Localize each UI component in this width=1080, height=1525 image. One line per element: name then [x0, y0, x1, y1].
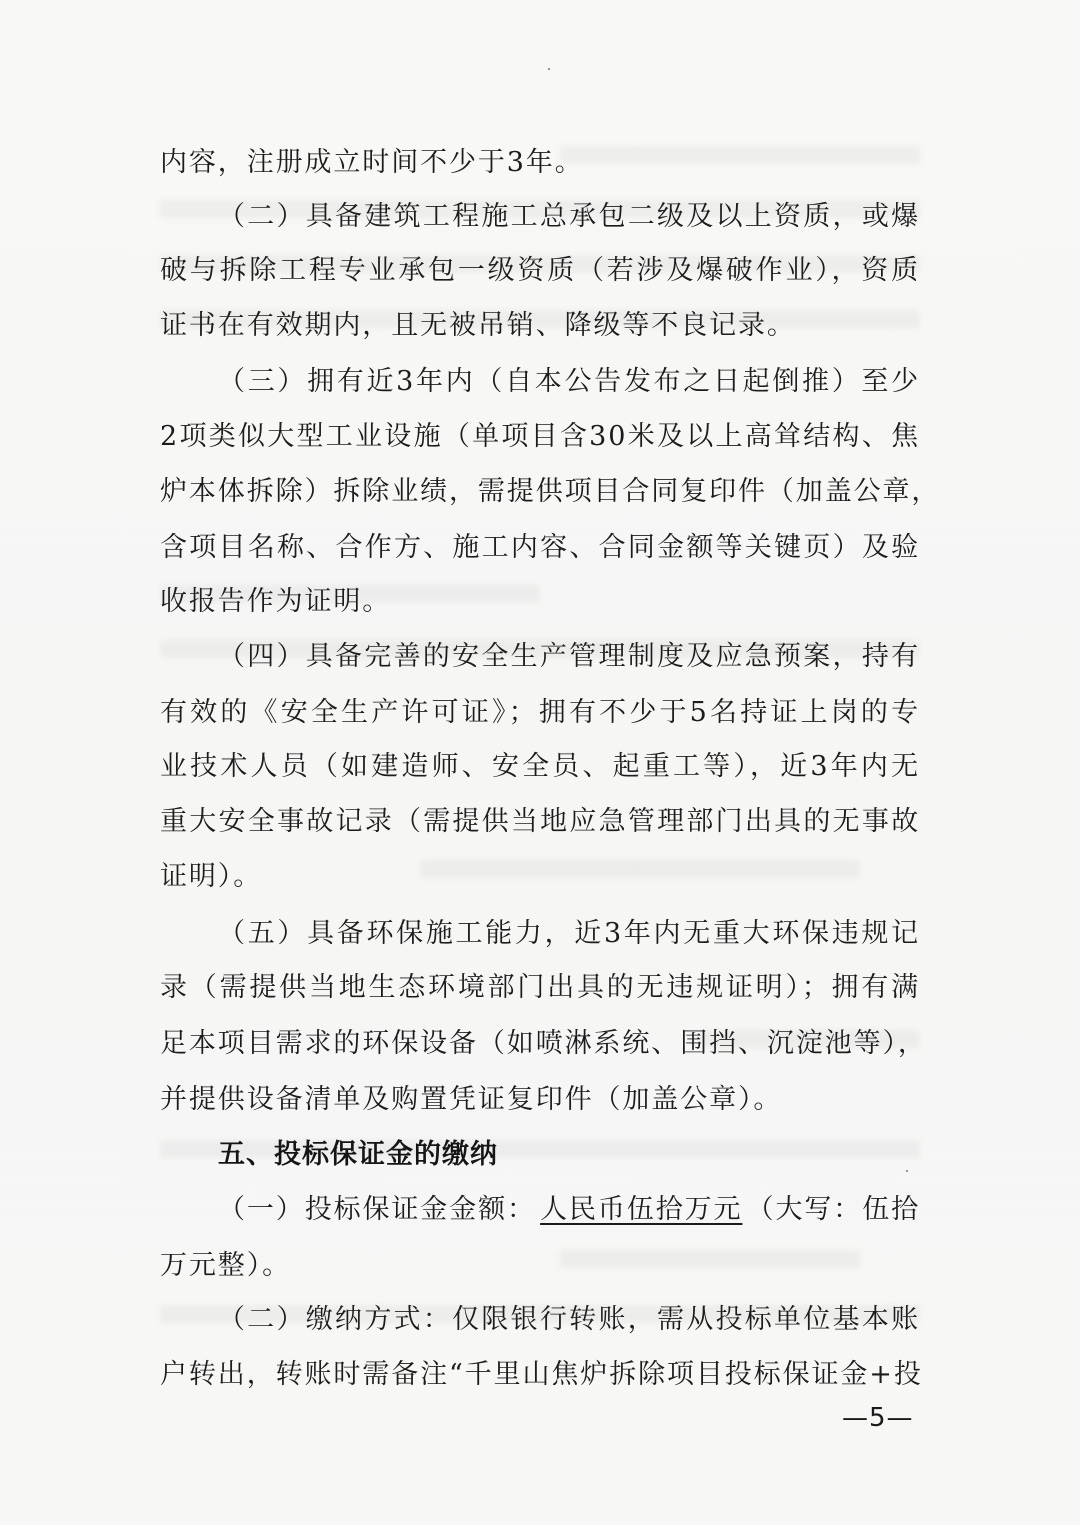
paragraph-line: 业技术人员（如建造师、安全员、起重工等），近3年内无 [160, 747, 920, 787]
paragraph-line: （二）缴纳方式：仅限银行转账，需从投标单位基本账 [218, 1300, 920, 1340]
paragraph-line: （二）具备建筑工程施工总承包二级及以上资质，或爆 [218, 197, 920, 237]
document-page: 内容，注册成立时间不少于3年。 （二）具备建筑工程施工总承包二级及以上资质，或爆… [0, 0, 1080, 1525]
paragraph-line: 含项目名称、合作方、施工内容、合同金额等关键页）及验 [160, 528, 920, 568]
deposit-amount-value: 人民币伍拾万元 [540, 1190, 742, 1230]
paragraph-line: 并提供设备清单及购置凭证复印件（加盖公章）。 [160, 1080, 920, 1120]
paragraph-line: （三）拥有近3年内（自本公告发布之日起倒推）至少 [218, 362, 920, 402]
paragraph-line: 录（需提供当地生态环境部门出具的无违规证明）；拥有满 [160, 968, 920, 1008]
paragraph-line: 破与拆除工程专业承包一级资质（若涉及爆破作业），资质 [160, 251, 920, 291]
paragraph-line: 2项类似大型工业设施（单项目含30米及以上高耸结构、焦 [160, 417, 920, 457]
page-number: —5— [842, 1402, 914, 1434]
paragraph-line: 足本项目需求的环保设备（如喷淋系统、围挡、沉淀池等）， [160, 1024, 920, 1064]
paragraph-line: 有效的《安全生产许可证》；拥有不少于5名持证上岗的专 [160, 693, 920, 733]
paragraph-line: 户转出，转账时需备注“千里山焦炉拆除项目投标保证金+投 [160, 1355, 920, 1395]
paragraph-line: （四）具备完善的安全生产管理制度及应急预案，持有 [218, 637, 920, 677]
section-heading: 五、投标保证金的缴纳 [218, 1135, 498, 1175]
paragraph-line: 证书在有效期内，且无被吊销、降级等不良记录。 [160, 306, 920, 346]
deposit-amount-label: （一）投标保证金金额： [218, 1190, 536, 1230]
paragraph-line: 炉本体拆除）拆除业绩，需提供项目合同复印件（加盖公章， [160, 472, 920, 512]
paragraph-line: 证明）。 [160, 857, 920, 897]
paragraph-line: 万元整）。 [160, 1246, 920, 1286]
paragraph-line: 内容，注册成立时间不少于3年。 [160, 143, 920, 183]
deposit-amount-line: （一）投标保证金金额： 人民币伍拾万元 （大写：伍拾 [218, 1190, 920, 1230]
paragraph-line: 收报告作为证明。 [160, 582, 920, 622]
scan-speck [906, 1170, 908, 1172]
deposit-amount-capital-start: （大写：伍拾 [747, 1190, 920, 1230]
paragraph-line: （五）具备环保施工能力，近3年内无重大环保违规记 [218, 914, 920, 954]
paragraph-line: 重大安全事故记录（需提供当地应急管理部门出具的无事故 [160, 802, 920, 842]
scan-speck [548, 68, 550, 70]
